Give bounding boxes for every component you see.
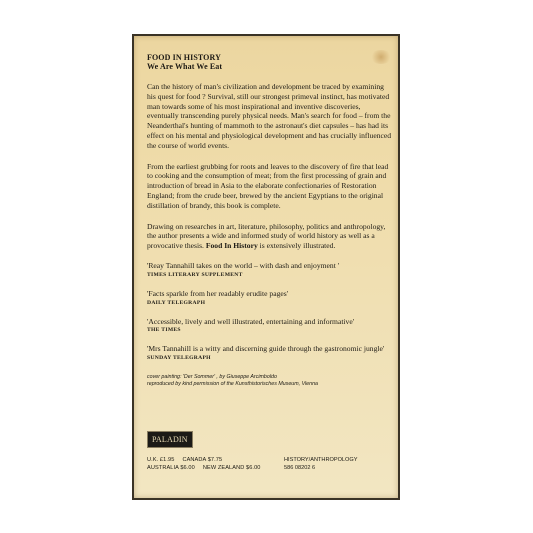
- price-canada: CANADA $7.75: [182, 457, 222, 463]
- review-quote: 'Facts sparkle from her readably erudite…: [147, 289, 392, 307]
- review-quote: 'Mrs Tannahill is a witty and discerning…: [147, 344, 392, 362]
- isbn: 586 08202 6: [284, 465, 357, 473]
- book-back-cover: FOOD IN HISTORY We Are What We Eat Can t…: [132, 34, 400, 500]
- credit-line-2: reproduced by kind permission of the Kun…: [147, 381, 392, 388]
- review-quote: 'Reay Tannahill takes on the world – wit…: [147, 261, 392, 279]
- para3-bold-title: Food In History: [206, 241, 258, 250]
- quote-text: 'Mrs Tannahill is a witty and discerning…: [147, 344, 392, 354]
- blurb-paragraph-1: Can the history of man's civilization an…: [147, 82, 392, 151]
- category-label: HISTORY/ANTHROPOLOGY: [284, 457, 357, 465]
- blurb-paragraph-2: From the earliest grubbing for roots and…: [147, 162, 392, 211]
- price-uk: U.K. £1.95: [147, 457, 174, 463]
- quote-source: DAILY TELEGRAPH: [147, 299, 392, 307]
- book-title: FOOD IN HISTORY: [147, 53, 392, 62]
- blurb-paragraph-3: Drawing on researches in art, literature…: [147, 222, 392, 251]
- quote-source: SUNDAY TELEGRAPH: [147, 354, 392, 362]
- price-australia: AUSTRALIA $6.00: [147, 465, 195, 471]
- book-subtitle: We Are What We Eat: [147, 62, 392, 71]
- publisher-logo: PALADIN: [147, 431, 193, 448]
- credit-line-1: cover painting: 'Der Sommer' , by Giusep…: [147, 374, 392, 381]
- category-block: HISTORY/ANTHROPOLOGY 586 08202 6: [284, 457, 357, 472]
- review-quote: 'Accessible, lively and well illustrated…: [147, 317, 392, 335]
- price-nz: NEW ZEALAND $6.00: [203, 465, 261, 471]
- cover-credit: cover painting: 'Der Sommer' , by Giusep…: [147, 374, 392, 388]
- quote-text: 'Facts sparkle from her readably erudite…: [147, 289, 392, 299]
- quote-text: 'Accessible, lively and well illustrated…: [147, 317, 392, 327]
- quote-text: 'Reay Tannahill takes on the world – wit…: [147, 261, 392, 271]
- para3-end: is extensively illustrated.: [258, 241, 336, 250]
- price-list: U.K. £1.95CANADA $7.75 AUSTRALIA $6.00NE…: [147, 457, 261, 472]
- quote-source: THE TIMES: [147, 326, 392, 334]
- quote-source: TIMES LITERARY SUPPLEMENT: [147, 271, 392, 279]
- cover-text: FOOD IN HISTORY We Are What We Eat Can t…: [147, 53, 392, 388]
